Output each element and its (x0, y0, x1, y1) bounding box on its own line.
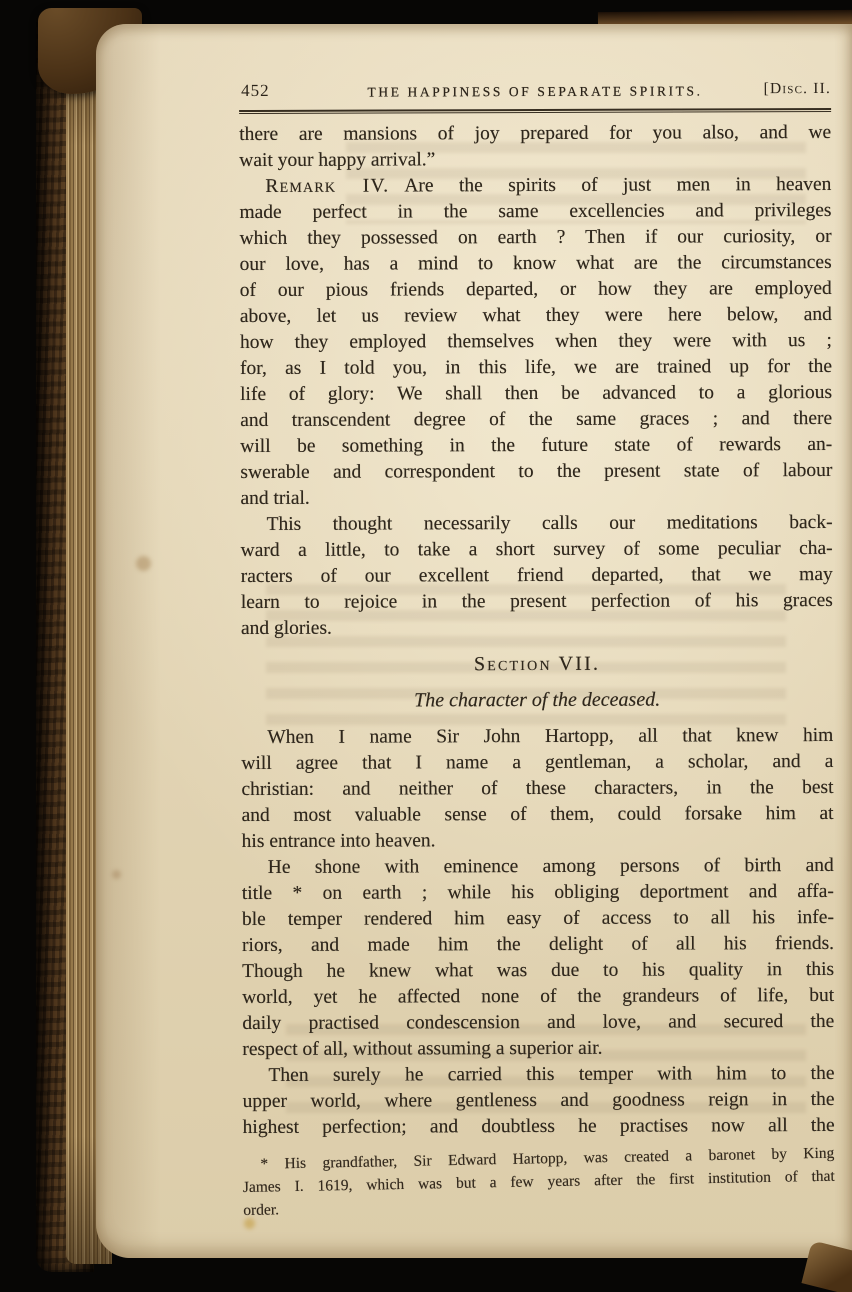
text-line: racters of our excellent friend departed… (241, 562, 833, 590)
text-line: wait your happy arrival.” (239, 146, 831, 174)
text-line: ble temper rendered him easy of access t… (242, 905, 834, 933)
line-text: how they employed themselves when they w… (240, 330, 832, 353)
text-line: When I name Sir John Hartopp, all that k… (241, 723, 833, 751)
line-text: of our pious friends departed, or how th… (240, 278, 832, 301)
text-line: which they possessed on earth ? Then if … (240, 224, 832, 252)
text-line: christian: and neither of these characte… (241, 775, 833, 803)
line-text: order. (243, 1201, 279, 1219)
body-text-block-1: there are mansions of joy prepared for y… (239, 120, 833, 642)
text-line: life of glory: We shall then be advanced… (240, 380, 832, 408)
line-text: Though he knew what was due to his quali… (242, 959, 834, 982)
text-line: there are mansions of joy prepared for y… (239, 120, 831, 148)
section-heading: Section VII. (241, 652, 833, 677)
line-text: there are mansions of joy prepared for y… (239, 122, 831, 145)
line-text: which they possessed on earth ? Then if … (240, 226, 832, 249)
book-cover-bottom-corner (801, 1240, 852, 1292)
header-rule (239, 108, 831, 114)
text-line: and most valuable sense of them, could f… (242, 801, 834, 829)
text-line: and glories. (241, 614, 833, 642)
text-line: swerable and correspondent to the presen… (240, 458, 832, 486)
line-text: Are the spirits of just men in heaven (404, 174, 831, 196)
text-line: how they employed themselves when they w… (240, 328, 832, 356)
line-text: wait your happy arrival.” (239, 149, 435, 171)
line-text: ble temper rendered him easy of access t… (242, 907, 834, 930)
text-line: learn to rejoice in the present perfecti… (241, 588, 833, 616)
line-text: his entrance into heaven. (242, 830, 436, 852)
text-line: daily practised condescension and love, … (242, 1009, 834, 1037)
line-text: riors, and made him the delight of all h… (242, 933, 834, 956)
page-content: 452 THE HAPPINESS OF SEPARATE SPIRITS. [… (239, 79, 835, 1222)
text-line: and transcendent degree of the same grac… (240, 406, 832, 434)
book-page: 452 THE HAPPINESS OF SEPARATE SPIRITS. [… (96, 24, 852, 1258)
text-line: Then surely he carried this temper with … (242, 1061, 834, 1089)
page-header: 452 THE HAPPINESS OF SEPARATE SPIRITS. [… (239, 79, 831, 103)
text-line: world, yet he affected none of the grand… (242, 983, 834, 1011)
text-line: his entrance into heaven. (242, 827, 834, 855)
line-text: title * on earth ; while his obliging de… (242, 881, 834, 904)
line-text: ward a little, to take a short survey of… (241, 538, 833, 561)
line-text: daily practised condescension and love, … (242, 1011, 834, 1034)
foxing-spot (136, 556, 151, 571)
body-text-block-2: When I name Sir John Hartopp, all that k… (241, 723, 834, 1141)
line-text: world, yet he affected none of the grand… (242, 985, 834, 1008)
text-line: This thought necessarily calls our medit… (241, 510, 833, 538)
line-text: upper world, where gentleness and goodne… (243, 1089, 835, 1112)
text-line: ward a little, to take a short survey of… (241, 536, 833, 564)
text-line: will agree that I name a gentleman, a sc… (241, 749, 833, 777)
line-text: respect of all, without assuming a super… (242, 1038, 602, 1060)
foxing-spot (112, 870, 121, 879)
text-line: our love, has a mind to know what are th… (240, 250, 832, 278)
line-text: highest perfection; and doubtless he pra… (243, 1115, 835, 1138)
text-line: riors, and made him the delight of all h… (242, 931, 834, 959)
line-text: and most valuable sense of them, could f… (242, 803, 834, 826)
line-text: and glories. (241, 618, 332, 639)
text-line: highest perfection; and doubtless he pra… (243, 1113, 835, 1141)
line-text: our love, has a mind to know what are th… (240, 252, 832, 275)
text-line: He shone with eminence among persons of … (242, 853, 834, 881)
line-text: learn to rejoice in the present perfecti… (241, 590, 833, 613)
discourse-label: [Disc. II. (764, 80, 831, 98)
page-number: 452 (241, 81, 270, 101)
text-line: Though he knew what was due to his quali… (242, 957, 834, 985)
line-text: above, let us review what they were here… (240, 304, 832, 327)
line-text: racters of our excellent friend departed… (241, 564, 833, 587)
line-text: This thought necessarily calls our medit… (267, 512, 833, 535)
text-line: above, let us review what they were here… (240, 302, 832, 330)
line-text: and transcendent degree of the same grac… (240, 408, 832, 431)
footnote: * His grandfather, Sir Edward Hartopp, w… (242, 1142, 835, 1222)
text-line: of our pious friends departed, or how th… (240, 276, 832, 304)
line-text: life of glory: We shall then be advanced… (240, 382, 832, 405)
text-line: Remark IV.Are the spirits of just men in… (239, 172, 831, 200)
line-text: He shone with eminence among persons of … (268, 855, 834, 878)
line-text: christian: and neither of these characte… (241, 777, 833, 800)
text-line: will be something in the future state of… (240, 432, 832, 460)
line-text: for, as I told you, in this life, we are… (240, 356, 832, 379)
running-title: THE HAPPINESS OF SEPARATE SPIRITS. (367, 83, 702, 100)
section-subheading: The character of the deceased. (241, 688, 833, 713)
text-line: title * on earth ; while his obliging de… (242, 879, 834, 907)
text-line: made perfect in the same excellencies an… (239, 198, 831, 226)
line-text: Then surely he carried this temper with … (268, 1063, 834, 1086)
line-text: will agree that I name a gentleman, a sc… (241, 751, 833, 774)
text-line: for, as I told you, in this life, we are… (240, 354, 832, 382)
text-line: respect of all, without assuming a super… (242, 1035, 834, 1063)
line-text: made perfect in the same excellencies an… (239, 200, 831, 223)
line-text: When I name Sir John Hartopp, all that k… (267, 725, 833, 748)
line-text: and trial. (240, 488, 309, 509)
text-line: upper world, where gentleness and goodne… (243, 1087, 835, 1115)
line-text: swerable and correspondent to the presen… (240, 460, 832, 483)
line-text: will be something in the future state of… (240, 434, 832, 457)
text-line: and trial. (240, 484, 832, 512)
smallcaps-lead: Remark IV. (265, 176, 389, 197)
